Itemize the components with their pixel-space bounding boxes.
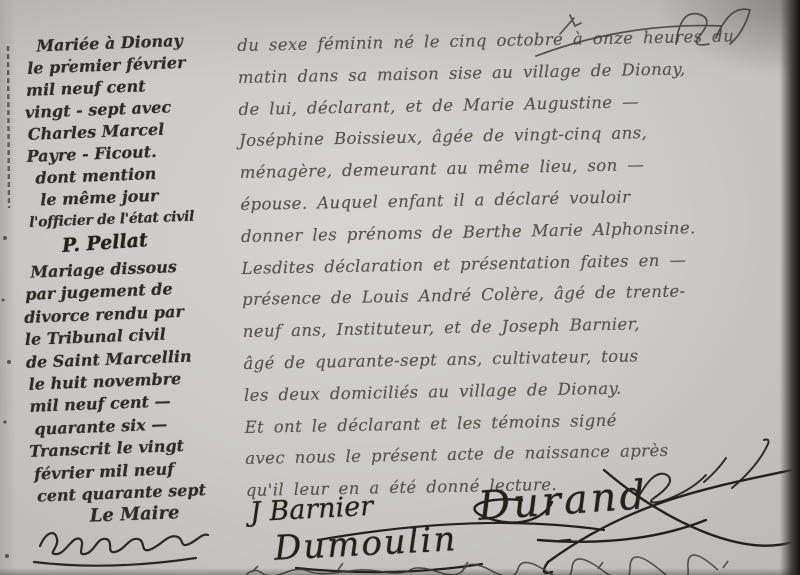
scanned-register-page: Mariée à Dionay le premier février mil n… xyxy=(0,0,800,575)
margin-divorce-note: Mariage dissous par jugement de divorce … xyxy=(22,254,247,531)
act-body-text: du sexe féminin né le cinq octobre à onz… xyxy=(237,19,800,507)
mayor-title: Le Maire xyxy=(89,500,247,528)
signature-barnier: J Barnier xyxy=(249,491,374,528)
signature-dumoulin: Dumoulin xyxy=(273,519,458,569)
margin-marriage-note: Mariée à Dionay le premier février mil n… xyxy=(22,28,244,234)
page-bottom-edge-shadow xyxy=(0,568,800,575)
mayor-signature-scrawl xyxy=(34,533,208,566)
page-right-edge-shadow xyxy=(780,0,800,575)
officer-signature: P. Pellat xyxy=(61,229,148,257)
page-left-edge-shading xyxy=(0,0,16,575)
